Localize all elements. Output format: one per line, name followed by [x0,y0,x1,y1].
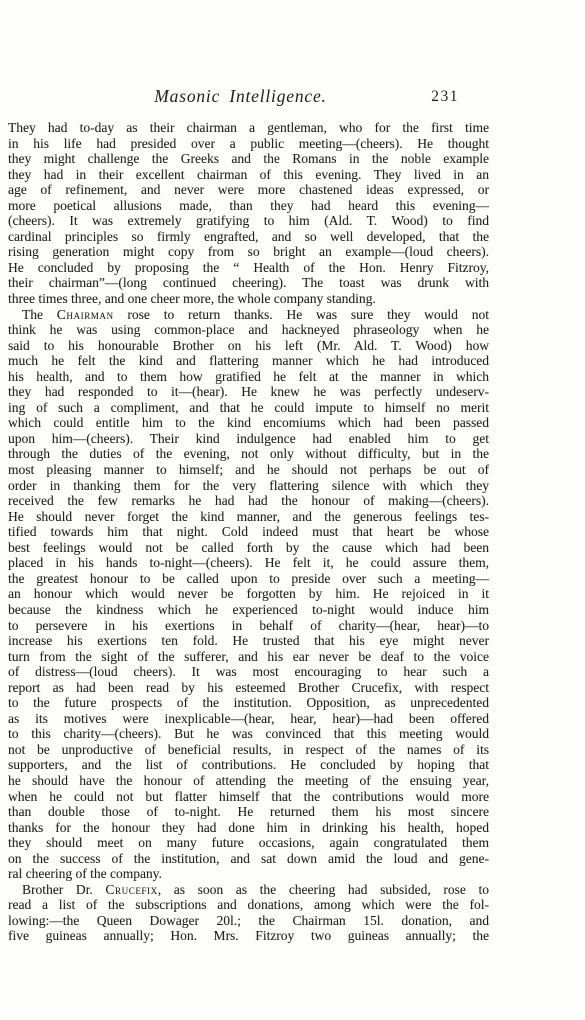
text-segment: best feelings would not be called forth … [8,540,489,555]
text-line: They had to-day as their chairman a gent… [8,120,489,136]
text-line: age of refinement, and never were more c… [8,182,489,198]
text-line: He concluded by proposing the “ Health o… [8,260,489,276]
text-line: received the few remarks he had had the … [8,493,489,509]
text-segment: said to his honourable Brother on his le… [8,338,489,353]
text-line: to persevere in his exertions in behalf … [8,618,489,634]
text-line: they might challenge the Greeks and the … [8,151,489,167]
text-line: on the success of the institution, and s… [8,851,489,867]
text-segment: than double those of to-night. He return… [8,804,489,819]
text-segment: they might challenge the Greeks and the … [8,151,489,166]
text-segment: thanks for the honour they had done him … [8,820,489,835]
text-segment: cardinal principles so firmly engrafted,… [8,229,489,244]
page-header: Masonic Intelligence. 231 [8,86,489,110]
text-segment: rose to return thanks. He was sure they … [114,307,489,322]
text-line: tified towards him that night. Cold inde… [8,524,489,540]
text-segment: (cheers). It was extremely gratifying to… [8,213,489,228]
text-line: to this charity—(cheers). But he was con… [8,726,489,742]
text-segment: rising generation might copy from so bri… [8,244,489,259]
text-line: when he could not but flatter himself th… [8,789,489,805]
text-segment: to this charity—(cheers). But he was con… [8,726,489,741]
book-page: Masonic Intelligence. 231 They had to-da… [0,0,585,1020]
text-line: upon him—(cheers). Their kind indulgence… [8,431,489,447]
text-line: ral cheering of the company. [8,866,489,882]
text-segment: report as had been read by his esteemed … [8,680,489,695]
text-block: They had to-day as their chairman a gent… [8,120,489,944]
text-segment: , as soon as the cheering had subsided, … [158,882,489,897]
text-segment: of distress—(loud cheers). It was most e… [8,664,489,679]
text-segment: in his life had presided over a public m… [8,136,489,151]
text-segment: five guineas annually; Hon. Mrs. Fitzroy… [8,928,489,943]
text-line: rising generation might copy from so bri… [8,244,489,260]
text-segment: order in thanking them for the very flat… [8,478,489,493]
text-line: they had in their excellent chairman of … [8,167,489,183]
text-line: their chairman”—(long continued cheering… [8,275,489,291]
text-segment: through the duties of the evening, not o… [8,446,489,461]
text-segment: He concluded by proposing the “ Health o… [8,260,489,275]
text-segment: when he could not but flatter himself th… [8,789,489,804]
text-line: the greatest honour to be called upon to… [8,571,489,587]
text-line: ing of such a compliment, and that he co… [8,400,489,416]
small-caps-name: Chairman [57,307,114,322]
text-line: Brother Dr. Crucefix, as soon as the che… [8,882,489,898]
text-segment: lowing:—the Queen Dowager 20l.; the Chai… [8,913,489,928]
text-line: placed in his hands to-night—(cheers). H… [8,555,489,571]
text-line: most pleasing manner to himself; and he … [8,462,489,478]
text-line: lowing:—the Queen Dowager 20l.; the Chai… [8,913,489,929]
small-caps-name: Crucefix [105,882,157,897]
text-segment: to the future prospects of the instituti… [8,695,489,710]
text-line: as its motives were inexplicable—(hear, … [8,711,489,727]
text-segment: received the few remarks he had had the … [8,493,489,508]
text-line: He should never forget the kind manner, … [8,509,489,525]
text-line: read a list of the subscriptions and don… [8,897,489,913]
text-line: order in thanking them for the very flat… [8,478,489,494]
text-segment: not be unproductive of beneficial result… [8,742,489,757]
text-line: turn from the sight of the sufferer, and… [8,649,489,665]
text-line: his health, and to them how gratified he… [8,369,489,385]
text-line: which could entitle him to the kind enco… [8,415,489,431]
text-segment: the greatest honour to be called upon to… [8,571,489,586]
text-segment: they had in their excellent chairman of … [8,167,489,182]
text-segment: more poetical allusions made, than they … [8,198,489,213]
text-segment: they should meet on many future occasion… [8,835,489,850]
text-segment: an honour which would never be forgotten… [8,586,489,601]
text-line: thanks for the honour they had done him … [8,820,489,836]
text-line: an honour which would never be forgotten… [8,586,489,602]
text-segment: Brother Dr. [22,882,105,897]
text-segment: on the success of the institution, and s… [8,851,489,866]
text-segment: turn from the sight of the sufferer, and… [8,649,489,664]
text-line: much he felt the kind and flattering man… [8,353,489,369]
text-segment: read a list of the subscriptions and don… [8,897,489,912]
text-line: through the duties of the evening, not o… [8,446,489,462]
text-line: best feelings would not be called forth … [8,540,489,556]
text-segment: He should never forget the kind manner, … [8,509,489,524]
text-segment: he should have the honour of attending t… [8,773,489,788]
text-line: three times three, and one cheer more, t… [8,291,489,307]
text-line: in his life had presided over a public m… [8,136,489,152]
text-segment: ing of such a compliment, and that he co… [8,400,489,415]
text-segment: to persevere in his exertions in behalf … [8,618,489,633]
text-line: because the kindness which he experience… [8,602,489,618]
text-line: five guineas annually; Hon. Mrs. Fitzroy… [8,928,489,944]
text-line: not be unproductive of beneficial result… [8,742,489,758]
text-segment: they had responded to it—(hear). He knew… [8,384,489,399]
text-segment: most pleasing manner to himself; and he … [8,462,489,477]
text-line: The Chairman rose to return thanks. He w… [8,307,489,323]
text-line: said to his honourable Brother on his le… [8,338,489,354]
text-line: to the future prospects of the instituti… [8,695,489,711]
page-number: 231 [431,88,459,106]
text-segment: think he was using common-place and hack… [8,322,489,337]
text-line: than double those of to-night. He return… [8,804,489,820]
running-title: Masonic Intelligence. [8,86,489,107]
text-line: cardinal principles so firmly engrafted,… [8,229,489,245]
text-line: increase his exertions ten fold. He trus… [8,633,489,649]
text-segment: as its motives were inexplicable—(hear, … [8,711,489,726]
text-segment: tified towards him that night. Cold inde… [8,524,489,539]
text-line: they should meet on many future occasion… [8,835,489,851]
text-segment: their chairman”—(long continued cheering… [8,275,489,290]
text-line: of distress—(loud cheers). It was most e… [8,664,489,680]
text-segment: ral cheering of the company. [8,866,162,881]
text-line: report as had been read by his esteemed … [8,680,489,696]
text-segment: upon him—(cheers). Their kind indulgence… [8,431,489,446]
text-segment: age of refinement, and never were more c… [8,182,489,197]
text-segment: increase his exertions ten fold. He trus… [8,633,489,648]
text-segment: They had to-day as their chairman a gent… [8,120,489,135]
text-segment: because the kindness which he experience… [8,602,489,617]
text-line: more poetical allusions made, than they … [8,198,489,214]
text-line: supporters, and the list of contribution… [8,757,489,773]
text-line: they had responded to it—(hear). He knew… [8,384,489,400]
text-segment: three times three, and one cheer more, t… [8,291,376,306]
text-segment: The [22,307,57,322]
text-line: (cheers). It was extremely gratifying to… [8,213,489,229]
text-segment: much he felt the kind and flattering man… [8,353,489,368]
text-segment: supporters, and the list of contribution… [8,757,489,772]
text-line: think he was using common-place and hack… [8,322,489,338]
text-segment: his health, and to them how gratified he… [8,369,489,384]
text-segment: placed in his hands to-night—(cheers). H… [8,555,489,570]
text-line: he should have the honour of attending t… [8,773,489,789]
text-segment: which could entitle him to the kind enco… [8,415,489,430]
